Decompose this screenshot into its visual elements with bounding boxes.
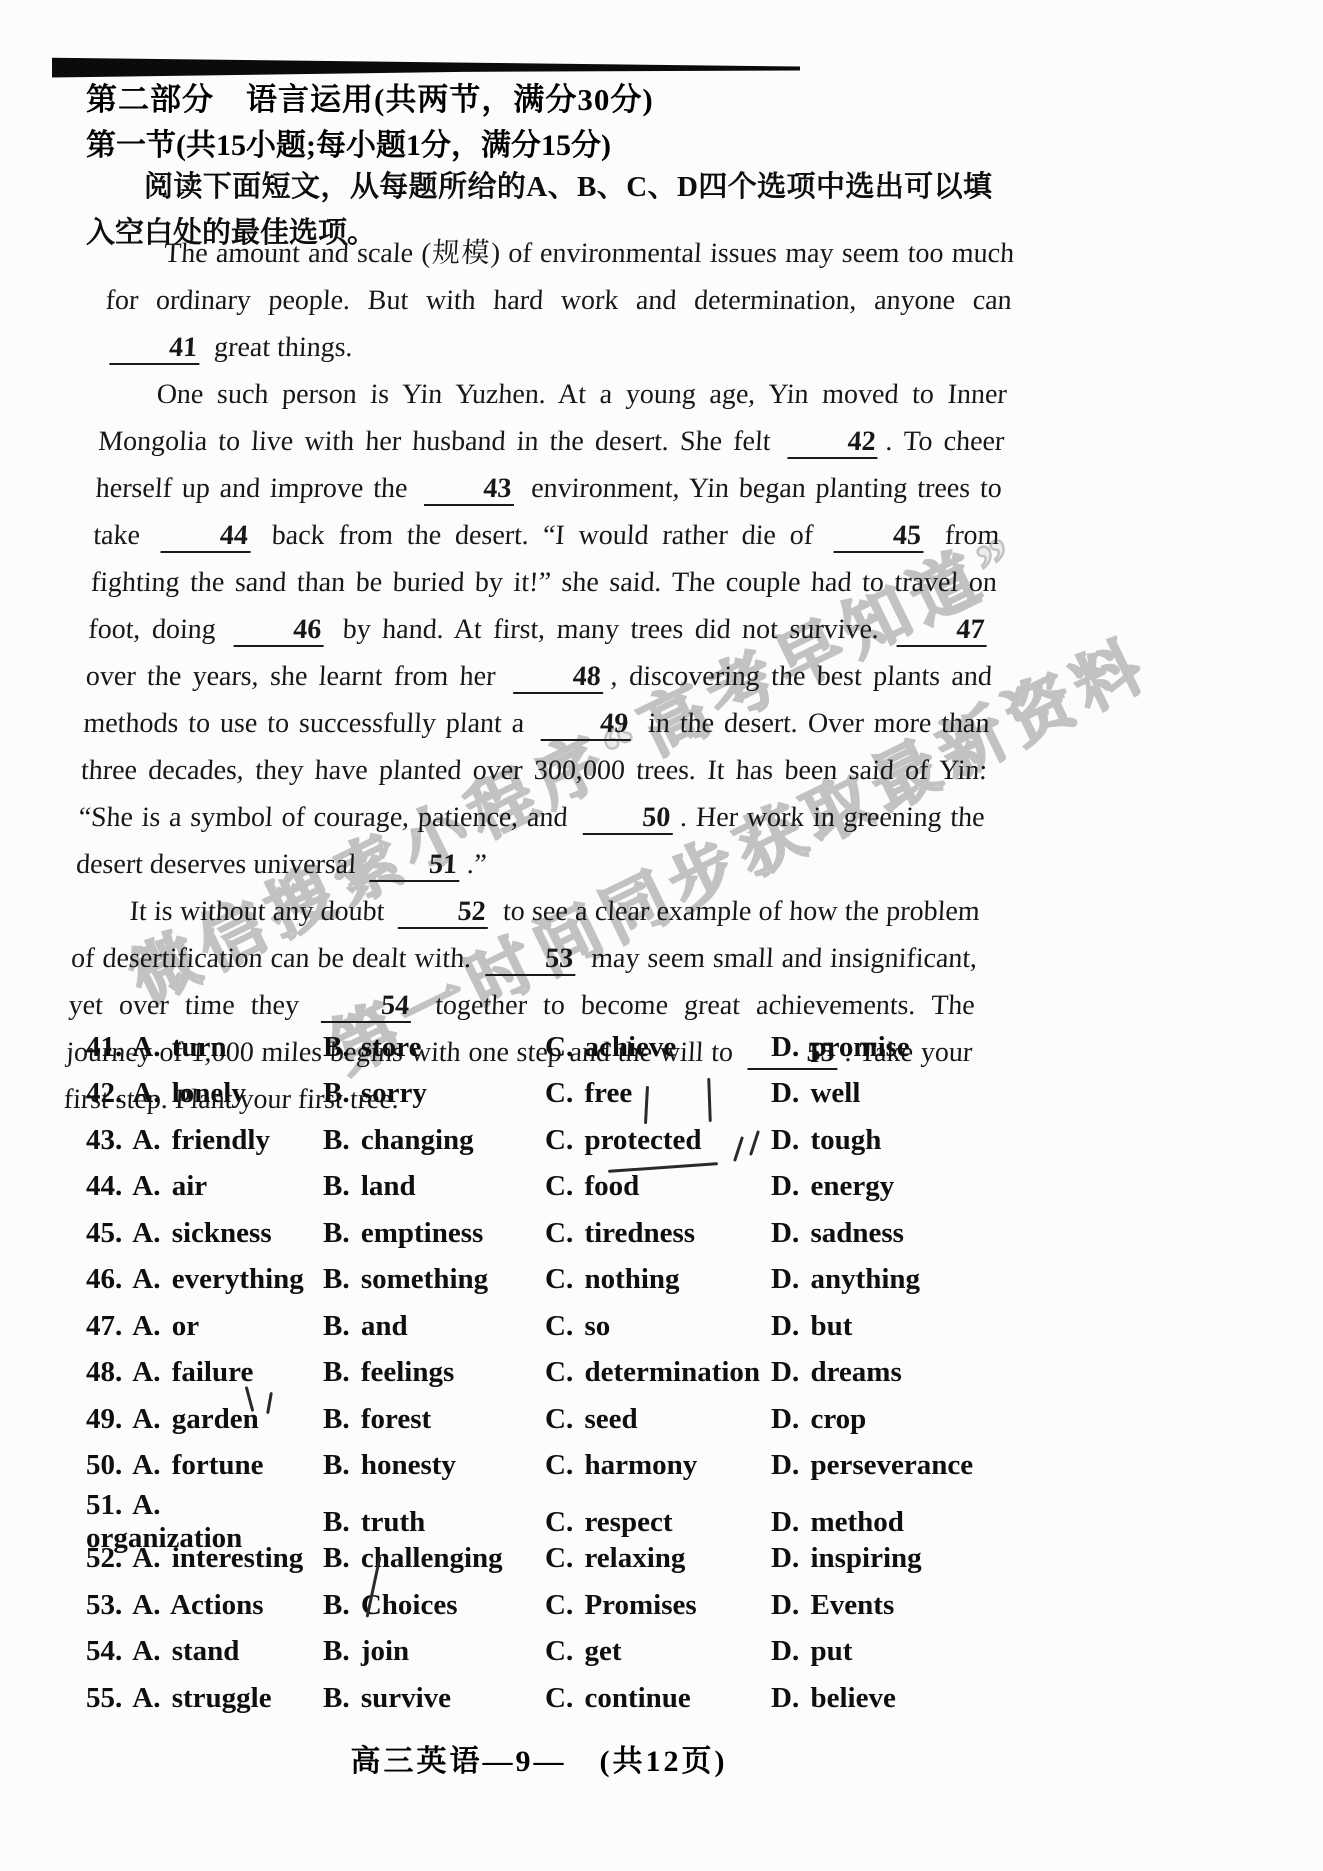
option-letter: B. xyxy=(323,1542,350,1575)
option-letter: A. xyxy=(132,1589,160,1622)
option-52-B: B. challenging xyxy=(323,1542,545,1575)
option-letter: A. xyxy=(132,1449,160,1482)
option-row-42: 42.A. lonelyB. sorryC. freeD. well xyxy=(86,1071,1032,1118)
option-52-D: D. inspiring xyxy=(771,1542,1032,1575)
option-50-C: C. harmony xyxy=(545,1449,771,1482)
option-row-54: 54.A. standB. joinC. getD. put xyxy=(86,1629,1032,1676)
option-letter: B. xyxy=(323,1506,350,1539)
option-letter: B. xyxy=(323,1403,350,1436)
blank-52: 52 xyxy=(398,898,490,929)
question-number: 46. xyxy=(86,1263,122,1296)
option-48-C: C. determination xyxy=(545,1356,771,1389)
option-47-C: C. so xyxy=(545,1310,771,1343)
option-53-C: C. Promises xyxy=(545,1589,771,1622)
option-49-B: B. forest xyxy=(323,1403,545,1436)
option-letter: D. xyxy=(771,1682,799,1715)
option-53-D: D. Events xyxy=(771,1589,1032,1622)
option-letter: C. xyxy=(545,1310,573,1343)
option-letter: A. xyxy=(132,1682,160,1715)
option-50-B: B. honesty xyxy=(323,1449,545,1482)
option-letter: A. xyxy=(132,1542,160,1575)
option-letter: C. xyxy=(545,1217,573,1250)
option-51-D: D. method xyxy=(771,1506,1032,1539)
question-number: 49. xyxy=(86,1403,122,1436)
question-number: 48. xyxy=(86,1356,122,1389)
option-55-A: 55.A. struggle xyxy=(86,1682,323,1715)
question-number: 53. xyxy=(86,1589,122,1622)
option-row-52: 52.A. interestingB. challengingC. relaxi… xyxy=(86,1536,1032,1583)
question-number: 44. xyxy=(86,1170,122,1203)
option-letter: C. xyxy=(545,1124,573,1157)
option-49-D: D. crop xyxy=(771,1403,1032,1436)
option-letter: A. xyxy=(132,1403,160,1436)
blank-47: 47 xyxy=(897,616,989,647)
blank-44: 44 xyxy=(160,522,252,553)
option-letter: C. xyxy=(545,1356,573,1389)
option-49-C: C. seed xyxy=(545,1403,771,1436)
question-number: 51. xyxy=(86,1489,122,1522)
option-51-C: C. respect xyxy=(545,1506,771,1539)
option-49-A: 49.A. garden xyxy=(86,1403,323,1436)
option-54-A: 54.A. stand xyxy=(86,1635,323,1668)
option-letter: C. xyxy=(545,1506,573,1539)
option-letter: D. xyxy=(771,1124,799,1157)
exam-page: 微信搜索小程序“高考早知道” 第一时间同步获取最新资料 第二部分 语言运用(共两… xyxy=(0,0,1323,1871)
option-letter: D. xyxy=(771,1170,799,1203)
option-54-B: B. join xyxy=(323,1635,545,1668)
option-letter: C. xyxy=(545,1403,573,1436)
option-44-D: D. energy xyxy=(771,1170,1032,1203)
option-45-B: B. emptiness xyxy=(323,1217,545,1250)
option-row-47: 47.A. orB. andC. soD. but xyxy=(86,1303,1032,1350)
question-number: 54. xyxy=(86,1635,122,1668)
option-54-C: C. get xyxy=(545,1635,771,1668)
option-53-B: B. Choices xyxy=(323,1589,545,1622)
option-row-48: 48.A. failureB. feelingsC. determination… xyxy=(86,1350,1032,1397)
option-letter: B. xyxy=(323,1356,350,1389)
option-44-A: 44.A. air xyxy=(86,1170,323,1203)
blank-49: 49 xyxy=(540,710,632,741)
option-letter: D. xyxy=(771,1356,799,1389)
option-47-A: 47.A. or xyxy=(86,1310,323,1343)
option-letter: C. xyxy=(545,1542,573,1575)
question-number: 52. xyxy=(86,1542,122,1575)
option-letter: D. xyxy=(771,1449,799,1482)
option-46-C: C. nothing xyxy=(545,1263,771,1296)
option-row-51: 51.A. organizationB. truthC. respectD. m… xyxy=(86,1489,1032,1536)
option-letter: A. xyxy=(132,1263,160,1296)
option-50-D: D. perseverance xyxy=(771,1449,1032,1482)
option-letter: B. xyxy=(323,1635,350,1668)
option-43-D: D. tough xyxy=(771,1124,1032,1157)
option-52-C: C. relaxing xyxy=(545,1542,771,1575)
blank-41: 41 xyxy=(109,334,201,365)
option-letter: C. xyxy=(545,1682,573,1715)
option-47-D: D. but xyxy=(771,1310,1032,1343)
option-letter: D. xyxy=(771,1031,799,1064)
option-letter: A. xyxy=(132,1310,160,1343)
part-title: 第二部分 语言运用(共两节，满分30分) xyxy=(86,74,1016,119)
option-letter: D. xyxy=(771,1217,799,1250)
option-letter: B. xyxy=(323,1031,350,1064)
blank-50: 50 xyxy=(582,804,674,835)
option-46-B: B. something xyxy=(323,1263,545,1296)
option-letter: C. xyxy=(545,1077,573,1110)
option-51-B: B. truth xyxy=(323,1506,545,1539)
option-44-B: B. land xyxy=(323,1170,545,1203)
option-46-A: 46.A. everything xyxy=(86,1263,323,1296)
option-letter: C. xyxy=(545,1263,573,1296)
option-letter: D. xyxy=(771,1589,799,1622)
option-47-B: B. and xyxy=(323,1310,545,1343)
option-row-49: 49.A. gardenB. forestC. seedD. crop xyxy=(86,1396,1032,1443)
option-letter: B. xyxy=(323,1217,350,1250)
option-letter: B. xyxy=(323,1077,350,1110)
option-letter: A. xyxy=(132,1077,160,1110)
option-letter: B. xyxy=(323,1682,350,1715)
blank-48: 48 xyxy=(513,663,605,694)
option-letter: D. xyxy=(771,1542,799,1575)
option-letter: C. xyxy=(545,1635,573,1668)
option-42-C: C. free xyxy=(545,1077,771,1110)
option-letter: A. xyxy=(132,1170,160,1203)
option-48-D: D. dreams xyxy=(771,1356,1032,1389)
option-48-B: B. feelings xyxy=(323,1356,545,1389)
question-number: 43. xyxy=(86,1124,122,1157)
option-letter: B. xyxy=(323,1124,350,1157)
option-44-C: C. food xyxy=(545,1170,771,1203)
blank-53: 53 xyxy=(485,945,577,976)
option-50-A: 50.A. fortune xyxy=(86,1449,323,1482)
question-number: 41. xyxy=(86,1031,122,1064)
option-row-43: 43.A. friendlyB. changingC. protectedD. … xyxy=(86,1117,1032,1164)
option-41-B: B. store xyxy=(323,1031,545,1064)
blank-54: 54 xyxy=(321,992,413,1023)
option-letter: D. xyxy=(771,1635,799,1668)
option-43-A: 43.A. friendly xyxy=(86,1124,323,1157)
question-number: 45. xyxy=(86,1217,122,1250)
blank-45: 45 xyxy=(833,522,925,553)
option-letter: B. xyxy=(323,1310,350,1343)
option-letter: D. xyxy=(771,1263,799,1296)
question-number: 42. xyxy=(86,1077,122,1110)
option-letter: B. xyxy=(323,1263,350,1296)
passage-paragraph: The amount and scale (规模) of environment… xyxy=(102,230,1015,371)
option-letter: A. xyxy=(132,1489,160,1522)
option-row-44: 44.A. airB. landC. foodD. energy xyxy=(86,1164,1032,1211)
option-row-50: 50.A. fortuneB. honestyC. harmonyD. pers… xyxy=(86,1443,1032,1490)
option-53-A: 53.A. Actions xyxy=(86,1589,323,1622)
cloze-passage: The amount and scale (规模) of environment… xyxy=(63,230,1016,1123)
option-42-A: 42.A. lonely xyxy=(86,1077,323,1110)
question-number: 50. xyxy=(86,1449,122,1482)
option-letter: A. xyxy=(132,1031,160,1064)
option-45-C: C. tiredness xyxy=(545,1217,771,1250)
option-41-D: D. promise xyxy=(771,1031,1032,1064)
option-letter: C. xyxy=(545,1589,573,1622)
option-row-45: 45.A. sicknessB. emptinessC. tirednessD.… xyxy=(86,1210,1032,1257)
option-45-D: D. sadness xyxy=(771,1217,1032,1250)
option-letter: A. xyxy=(132,1217,160,1250)
option-row-55: 55.A. struggleB. surviveC. continueD. be… xyxy=(86,1675,1032,1722)
page-footer: 高三英语—9— (共12页) xyxy=(86,1736,992,1780)
option-42-B: B. sorry xyxy=(323,1077,545,1110)
option-letter: D. xyxy=(771,1403,799,1436)
option-46-D: D. anything xyxy=(771,1263,1032,1296)
option-55-B: B. survive xyxy=(323,1682,545,1715)
option-letter: A. xyxy=(132,1356,160,1389)
option-letter: B. xyxy=(323,1170,350,1203)
question-number: 55. xyxy=(86,1682,122,1715)
option-letter: C. xyxy=(545,1170,573,1203)
option-letter: D. xyxy=(771,1077,799,1110)
option-letter: C. xyxy=(545,1031,573,1064)
option-43-B: B. changing xyxy=(323,1124,545,1157)
question-number: 47. xyxy=(86,1310,122,1343)
option-row-53: 53.A. ActionsB. ChoicesC. PromisesD. Eve… xyxy=(86,1582,1032,1629)
option-letter: B. xyxy=(323,1449,350,1482)
option-letter: C. xyxy=(545,1449,573,1482)
option-row-46: 46.A. everythingB. somethingC. nothingD.… xyxy=(86,1257,1032,1304)
blank-51: 51 xyxy=(369,851,461,882)
option-55-C: C. continue xyxy=(545,1682,771,1715)
blank-42: 42 xyxy=(788,428,880,459)
option-letter: D. xyxy=(771,1506,799,1539)
option-52-A: 52.A. interesting xyxy=(86,1542,323,1575)
option-letter: D. xyxy=(771,1310,799,1343)
passage-paragraph: One such person is Yin Yuzhen. At a youn… xyxy=(75,371,1008,888)
options-list: 41.A. turnB. storeC. achieveD. promise42… xyxy=(86,1024,1032,1722)
option-55-D: D. believe xyxy=(771,1682,1032,1715)
option-45-A: 45.A. sickness xyxy=(86,1217,323,1250)
option-42-D: D. well xyxy=(771,1077,1032,1110)
option-letter: A. xyxy=(132,1124,160,1157)
blank-46: 46 xyxy=(233,616,325,647)
option-48-A: 48.A. failure xyxy=(86,1356,323,1389)
blank-43: 43 xyxy=(423,475,515,506)
option-41-A: 41.A. turn xyxy=(86,1031,323,1064)
option-letter: B. xyxy=(323,1589,350,1622)
option-letter: A. xyxy=(132,1635,160,1668)
option-row-41: 41.A. turnB. storeC. achieveD. promise xyxy=(86,1024,1032,1071)
option-54-D: D. put xyxy=(771,1635,1032,1668)
option-41-C: C. achieve xyxy=(545,1031,771,1064)
section-title: 第一节(共15小题;每小题1分，满分15分) xyxy=(86,120,1016,164)
